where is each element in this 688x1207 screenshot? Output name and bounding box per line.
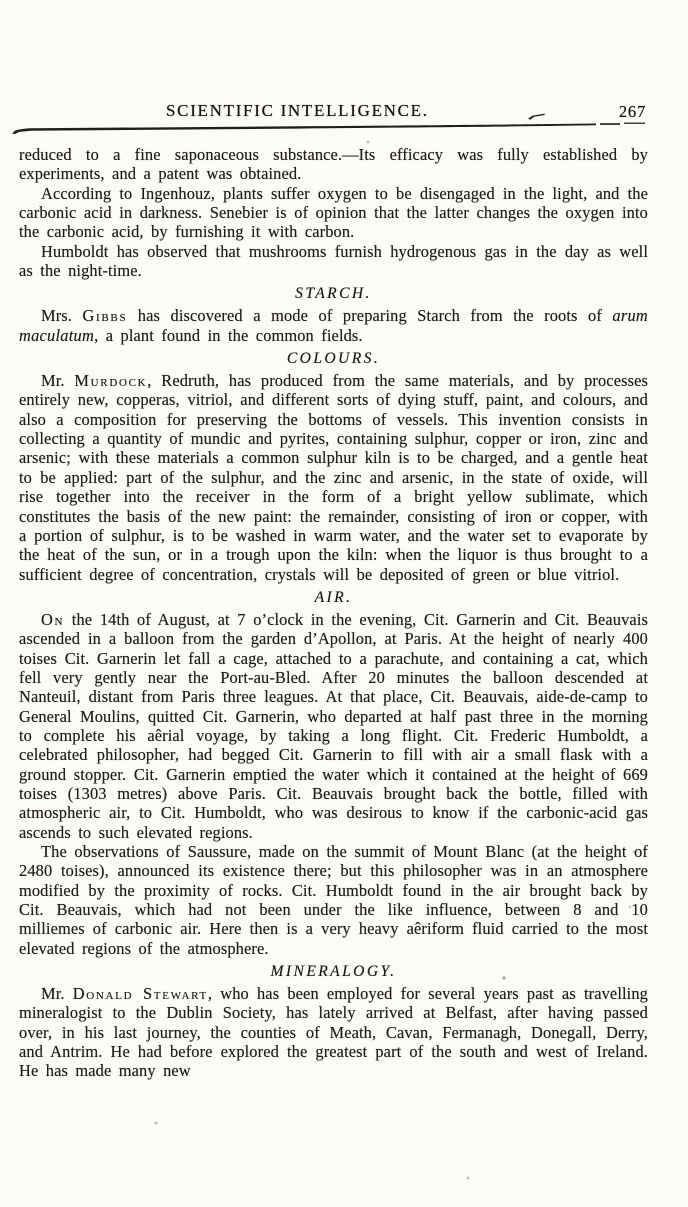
paragraph-continuation: reduced to a fine saponaceous substance.… (19, 145, 648, 184)
text-run: , a plant found in the common fields. (94, 326, 363, 345)
paragraph: Mr. Murdock, Redruth, has produced from … (19, 371, 648, 584)
running-title: SCIENTIFIC INTELLIGENCE. (166, 101, 429, 121)
paragraph: The observations of Saussure, made on th… (19, 842, 648, 958)
text-run: Mrs. (41, 306, 83, 325)
header-rule-icon (12, 120, 648, 135)
section-heading-mineralogy: MINERALOGY. (19, 962, 648, 982)
text-run: Mr. (41, 371, 74, 390)
page-number: 267 (619, 102, 646, 122)
section-heading-starch: STARCH. (19, 284, 648, 304)
text-run: , Redruth, has produced from the same ma… (19, 371, 648, 583)
text-run: Mr. (41, 984, 73, 1003)
printers-dash-mark-icon (527, 108, 546, 117)
text-run: the 14th of August, at 7 o’clock in the … (19, 610, 648, 842)
scan-speckles (0, 0, 2, 2)
paragraph: On the 14th of August, at 7 o’clock in t… (19, 610, 648, 842)
scanned-journal-page: SCIENTIFIC INTELLIGENCE. 267 reduced to … (0, 0, 688, 1207)
paragraph: Humboldt has observed that mushrooms fur… (19, 242, 648, 281)
section-heading-air: AIR. (19, 588, 648, 608)
person-name-smallcaps: Murdock (74, 371, 147, 390)
person-name-smallcaps: Donald Stewart (73, 984, 208, 1003)
section-heading-colours: COLOURS. (19, 349, 648, 369)
paragraph: Mr. Donald Stewart, who has been employe… (19, 984, 648, 1081)
paragraph: Mrs. Gibbs has discovered a mode of prep… (19, 306, 648, 345)
paragraph: According to Ingenhouz, plants suffer ox… (19, 184, 648, 242)
text-run: has discovered a mode of preparing Starc… (127, 306, 612, 325)
text-column: reduced to a fine saponaceous substance.… (19, 145, 648, 1081)
lead-word-smallcaps: On (41, 610, 64, 629)
person-name-smallcaps: Gibbs (83, 306, 128, 325)
